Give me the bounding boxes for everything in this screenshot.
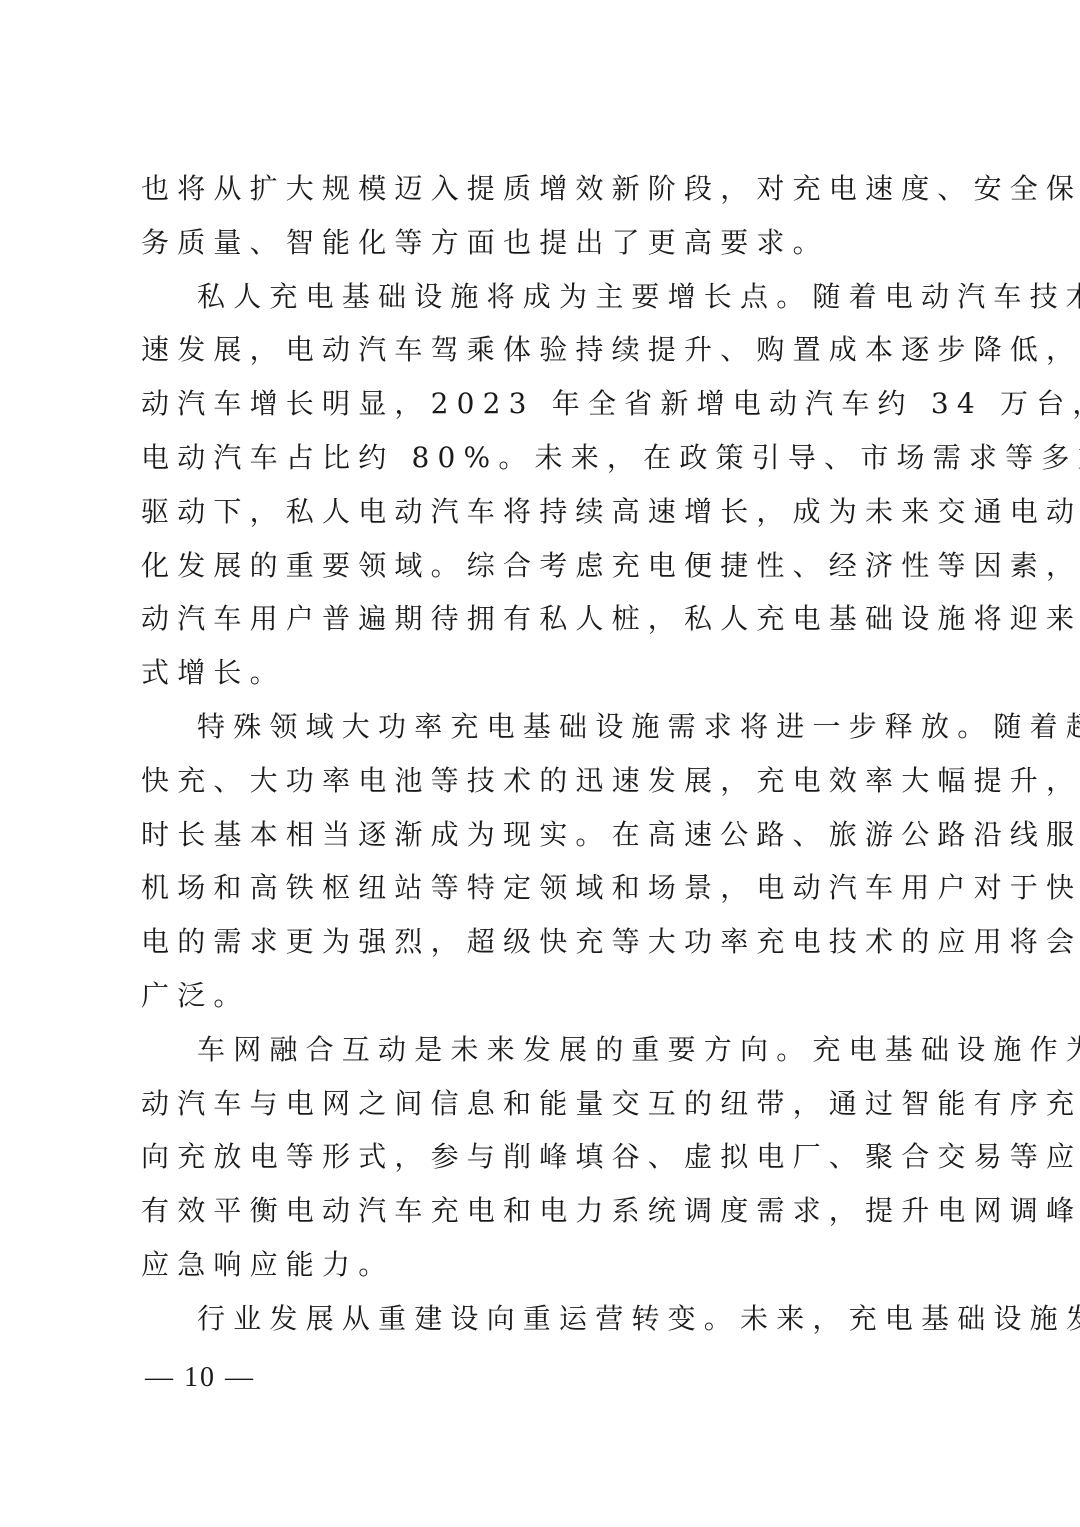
- text-line-4: 速发展，电动汽车驾乘体验持续提升、购置成本逐步降低，私人电: [141, 323, 941, 377]
- document-page: 也将从扩大规模迈入提质增效新阶段，对充电速度、安全保障、服 务质量、智能化等方面…: [141, 162, 941, 1346]
- text-line-5: 动汽车增长明显，2023 年全省新增电动汽车约 34 万台，其中私人: [141, 377, 941, 431]
- text-line-13: 时长基本相当逐渐成为现实。在高速公路、旅游公路沿线服务区、: [141, 808, 941, 862]
- paragraph-heading-vehicle-grid: 车网融合互动是未来发展的重要方向。充电基础设施作为电: [141, 1023, 941, 1077]
- text-line-6: 电动汽车占比约 80%。未来，在政策引导、市场需求等多重因素的: [141, 431, 941, 485]
- text-line-12: 快充、大功率电池等技术的迅速发展，充电效率大幅提升，与加油: [141, 754, 941, 808]
- paragraph-heading-operations: 行业发展从重建设向重运营转变。未来，充电基础设施发展: [141, 1292, 941, 1346]
- paragraph-heading-high-power-charging: 特殊领域大功率充电基础设施需求将进一步释放。随着超级: [141, 700, 941, 754]
- text-line-15: 电的需求更为强烈，超级快充等大功率充电技术的应用将会更加: [141, 915, 941, 969]
- text-line-21: 应急响应能力。: [141, 1238, 941, 1292]
- text-line-2: 务质量、智能化等方面也提出了更高要求。: [141, 216, 941, 270]
- text-line-1: 也将从扩大规模迈入提质增效新阶段，对充电速度、安全保障、服: [141, 162, 941, 216]
- text-line-16: 广泛。: [141, 969, 941, 1023]
- text-line-19: 向充放电等形式，参与削峰填谷、虚拟电厂、聚合交易等应用场景，: [141, 1130, 941, 1184]
- text-line-14: 机场和高铁枢纽站等特定领域和场景，电动汽车用户对于快速充: [141, 861, 941, 915]
- text-line-7: 驱动下，私人电动汽车将持续高速增长，成为未来交通电动化规模: [141, 485, 941, 539]
- text-line-10: 式增长。: [141, 646, 941, 700]
- page-number: — 10 —: [145, 1362, 255, 1394]
- text-line-20: 有效平衡电动汽车充电和电力系统调度需求，提升电网调峰调频、: [141, 1184, 941, 1238]
- text-line-18: 动汽车与电网之间信息和能量交互的纽带，通过智能有序充电、双: [141, 1077, 941, 1131]
- text-line-8: 化发展的重要领域。综合考虑充电便捷性、经济性等因素，私人电: [141, 539, 941, 593]
- paragraph-heading-private-charging: 私人充电基础设施将成为主要增长点。随着电动汽车技术加: [141, 270, 941, 324]
- text-line-9: 动汽车用户普遍期待拥有私人桩，私人充电基础设施将迎来爆发: [141, 592, 941, 646]
